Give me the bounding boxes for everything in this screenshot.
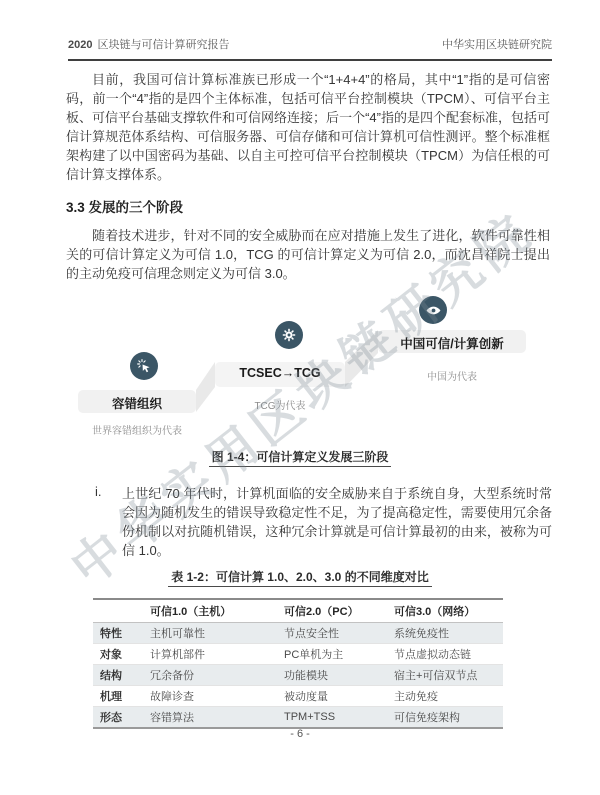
table-header-cell: 可信3.0（网络） bbox=[387, 603, 503, 619]
table-cell: 主机可靠性 bbox=[143, 625, 277, 641]
stage2-subtitle: TCG为代表 bbox=[215, 397, 345, 412]
table-cell: 功能模块 bbox=[277, 667, 387, 683]
section-heading-3-3: 3.3 发展的三个阶段 bbox=[66, 196, 183, 216]
table-caption-text: 表 1-2：可信计算 1.0、2.0、3.0 的不同维度对比 bbox=[168, 570, 431, 587]
table-cell: 故障诊查 bbox=[143, 688, 277, 704]
table-cell: 容错算法 bbox=[143, 709, 277, 725]
table-caption: 表 1-2：可信计算 1.0、2.0、3.0 的不同维度对比 bbox=[0, 568, 600, 585]
stage1-title: 容错组织 bbox=[78, 394, 196, 412]
table-cell: 计算机部件 bbox=[143, 646, 277, 662]
stage2-title: TCSEC→TCG bbox=[215, 366, 345, 380]
report-page: 中华实用区块链研究院 2020区块链与可信计算研究报告 中华实用区块链研究院 目… bbox=[0, 0, 600, 795]
table-row: 机理 故障诊查 被动度量 主动免疫 bbox=[93, 686, 503, 707]
table-cell: 节点安全性 bbox=[277, 625, 387, 641]
table-row: 形态 容错算法 TPM+TSS 可信免疫架构 bbox=[93, 707, 503, 729]
list-item-text: 上世纪 70 年代时，计算机面临的安全威胁来自于系统自身，大型系统时常会因为随机… bbox=[122, 484, 552, 560]
header-report-title: 区块链与可信计算研究报告 bbox=[97, 39, 229, 51]
table-row: 特性 主机可靠性 节点安全性 系统免疫性 bbox=[93, 623, 503, 644]
table-row-label: 机理 bbox=[93, 688, 143, 704]
table-cell: PC单机为主 bbox=[277, 646, 387, 662]
page-header: 2020区块链与可信计算研究报告 中华实用区块链研究院 bbox=[68, 36, 552, 61]
table-row-label: 形态 bbox=[93, 709, 143, 725]
figure-caption-text: 图 1-4：可信计算定义发展三阶段 bbox=[209, 450, 392, 467]
eye-icon bbox=[419, 296, 447, 324]
list-item-i: i. 上世纪 70 年代时，计算机面临的安全威胁来自于系统自身，大型系统时常会因… bbox=[66, 484, 552, 560]
three-stage-diagram: 容错组织 TCSEC→TCG 中国可信/计算创新 世界容错组织为代表 TCG为代… bbox=[66, 290, 552, 445]
header-left: 2020区块链与可信计算研究报告 bbox=[68, 36, 229, 52]
table-row-label: 特性 bbox=[93, 625, 143, 641]
table-cell: 节点虚拟动态链 bbox=[387, 646, 503, 662]
table-cell: 主动免疫 bbox=[387, 688, 503, 704]
table-cell: 系统免疫性 bbox=[387, 625, 503, 641]
header-year: 2020 bbox=[68, 39, 92, 51]
paragraph-standards: 目前，我国可信计算标准族已形成一个“1+4+4”的格局，其中“1”指的是可信密码… bbox=[66, 70, 550, 184]
table-header-cell: 可信2.0（PC） bbox=[277, 603, 387, 619]
figure-caption: 图 1-4：可信计算定义发展三阶段 bbox=[0, 448, 600, 465]
paragraph-evolution: 随着技术进步，针对不同的安全威胁而在应对措施上发生了进化，软件可靠性相关的可信计… bbox=[66, 226, 550, 283]
cursor-click-icon bbox=[130, 352, 158, 380]
table-cell: 可信免疫架构 bbox=[387, 709, 503, 725]
table-row: 对象 计算机部件 PC单机为主 节点虚拟动态链 bbox=[93, 644, 503, 665]
list-marker: i. bbox=[95, 484, 102, 499]
comparison-table: 可信1.0（主机） 可信2.0（PC） 可信3.0（网络） 特性 主机可靠性 节… bbox=[93, 598, 503, 729]
table-cell: 被动度量 bbox=[277, 688, 387, 704]
stage3-title: 中国可信/计算创新 bbox=[378, 334, 526, 352]
table-row: 结构 冗余备份 功能模块 宿主+可信双节点 bbox=[93, 665, 503, 686]
table-cell: 宿主+可信双节点 bbox=[387, 667, 503, 683]
header-right-institute: 中华实用区块链研究院 bbox=[442, 36, 552, 52]
table-cell: TPM+TSS bbox=[277, 711, 387, 723]
table-row-label: 对象 bbox=[93, 646, 143, 662]
stage3-subtitle: 中国为代表 bbox=[378, 368, 526, 383]
gear-icon bbox=[275, 321, 303, 349]
stage1-subtitle: 世界容错组织为代表 bbox=[68, 422, 206, 437]
page-number: - 6 - bbox=[0, 728, 600, 740]
table-header-cell: 可信1.0（主机） bbox=[143, 603, 277, 619]
table-header-row: 可信1.0（主机） 可信2.0（PC） 可信3.0（网络） bbox=[93, 598, 503, 623]
table-cell: 冗余备份 bbox=[143, 667, 277, 683]
table-row-label: 结构 bbox=[93, 667, 143, 683]
